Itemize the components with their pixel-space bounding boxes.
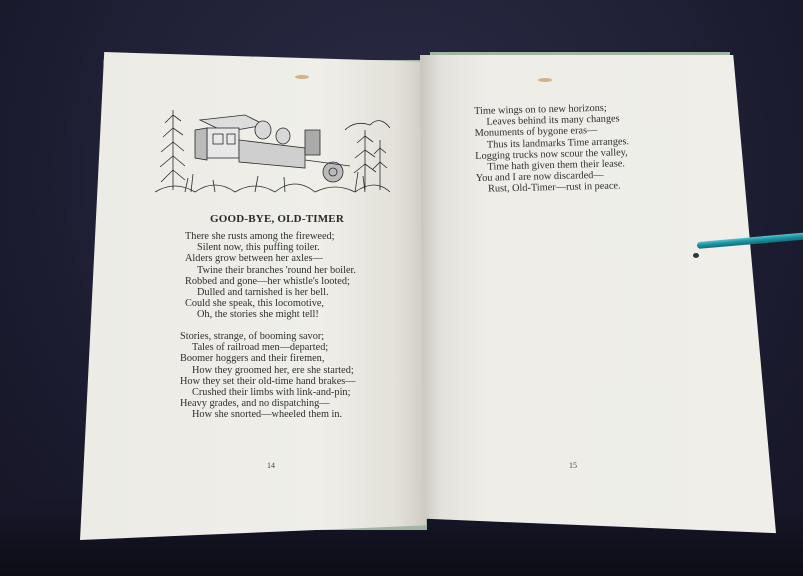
poem-stanza-2: Stories, strange, of booming savor; Tale… [180,331,356,421]
poem-line: Silent now, this puffing toiler. [185,242,356,253]
poem-line: Twine their branches 'round her boiler. [185,265,356,276]
poem-line: Stories, strange, of booming savor; [180,331,356,342]
poem-line: How they groomed her, ere she started; [180,365,356,376]
locomotive-illustration-icon [155,100,390,195]
poem-line: There she rusts among the fireweed; [185,231,356,242]
poem-stanza-1: There she rusts among the fireweed; Sile… [185,231,356,321]
poem-line: Heavy grades, and no dispatching— [180,398,356,409]
page-stain [295,75,309,79]
photo-scene: GOOD-BYE, OLD-TIMER There she rusts amon… [0,0,803,576]
poem-line: Could she speak, this locomotive, [185,298,356,309]
poem-line: How she snorted—wheeled them in. [180,409,356,420]
page-number-left: 14 [267,461,275,470]
poem-line: Oh, the stories she might tell! [185,309,356,320]
page-stain [538,78,552,82]
pencil-tip [693,253,699,258]
poem-line: Alders grow between her axles— [185,253,356,264]
poem-line: How they set their old-time hand brakes— [180,376,356,387]
poem-line: Crushed their limbs with link-and-pin; [180,387,356,398]
poem-line: Robbed and gone—her whistle's looted; [185,276,356,287]
poem-line: Dulled and tarnished is her bell. [185,287,356,298]
poem-title: GOOD-BYE, OLD-TIMER [210,213,344,225]
poem-line: Boomer hoggers and their firemen, [180,353,356,364]
poem-stanza-3: Time wings on to new horizons; Leaves be… [474,102,630,195]
page-number-right: 15 [569,461,577,470]
poem-line: Tales of railroad men—departed; [180,342,356,353]
